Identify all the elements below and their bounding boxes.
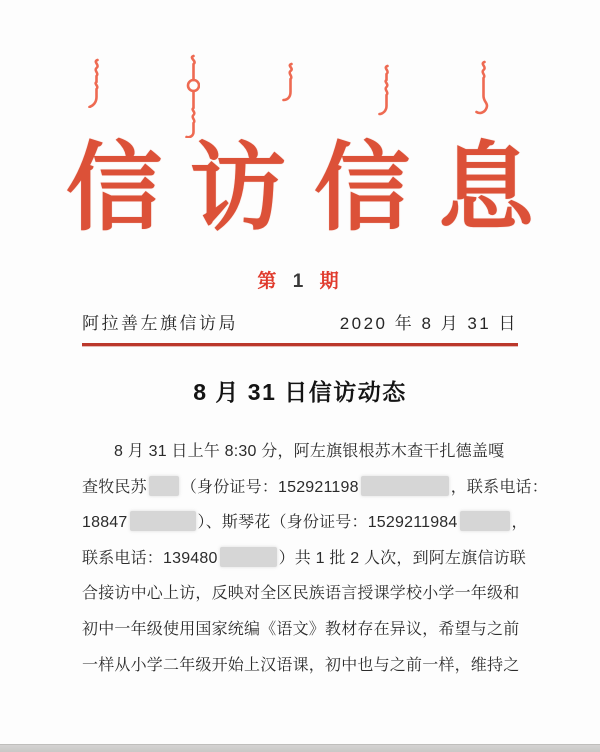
mongolian-word-icon xyxy=(378,64,393,121)
scanned-document-page: 信访信息 第 1 期 阿拉善左旗信访局 2020 年 8 月 31 日 8 月 … xyxy=(0,0,600,752)
redaction-blur xyxy=(149,476,179,496)
body-text-segment: 初中一年级使用国家统编《语文》教材存在异议，希望与之前 xyxy=(82,621,519,638)
body-text-segment: ）、斯琴花（身份证号：1529211984 xyxy=(198,514,458,531)
newsletter-title: 信访信息 xyxy=(0,136,600,240)
body-text-segment: ）共 1 批 2 人次，到阿左旗信访联 xyxy=(279,550,526,567)
publish-date: 2020 年 8 月 31 日 xyxy=(340,309,518,334)
masthead-divider-line xyxy=(82,343,518,346)
issue-number: 1 xyxy=(290,271,311,292)
body-text-segment: ，联系电话： xyxy=(451,479,548,496)
redaction-blur xyxy=(220,547,277,567)
redaction-blur xyxy=(361,476,449,496)
mongolian-script-row xyxy=(88,52,490,143)
redaction-blur xyxy=(130,511,196,531)
publisher-name: 阿拉善左旗信访局 xyxy=(82,309,238,334)
body-text-segment: 联系电话：139480 xyxy=(82,550,218,567)
issue-prefix: 第 xyxy=(257,271,280,292)
body-text-segment: （身份证号：152921198 xyxy=(181,479,359,496)
mongolian-word-icon xyxy=(475,60,490,121)
article-heading: 8 月 31 日信访动态 xyxy=(0,374,600,407)
body-line: 初中一年级使用国家统编《语文》教材存在异议，希望与之前 xyxy=(82,612,538,648)
body-text-segment: 查牧民苏 xyxy=(82,479,147,496)
body-text-segment: 18847 xyxy=(82,514,128,531)
body-line: 联系电话：139480）共 1 批 2 人次，到阿左旗信访联 xyxy=(82,541,538,577)
redaction-blur xyxy=(460,511,510,531)
body-text-segment: 一样从小学二年级开始上汉语课，初中也与之前一样，维持之 xyxy=(82,657,519,674)
body-line: 合接访中心上访，反映对全区民族语言授课学校小学一年级和 xyxy=(82,576,538,612)
mongolian-word-icon xyxy=(282,62,297,107)
page-bottom-bar xyxy=(0,744,600,752)
body-line: 8 月 31 日上午 8:30 分，阿左旗银根苏木查干扎德盖嘎 xyxy=(82,434,538,470)
publication-info-row: 阿拉善左旗信访局 2020 年 8 月 31 日 xyxy=(82,309,518,334)
body-text-segment: 合接访中心上访，反映对全区民族语言授课学校小学一年级和 xyxy=(82,585,519,602)
body-text-segment: ， xyxy=(512,514,528,531)
body-text-segment: 8 月 31 日上午 8:30 分，阿左旗银根苏木查干扎德盖嘎 xyxy=(114,443,504,460)
article-body: 8 月 31 日上午 8:30 分，阿左旗银根苏木查干扎德盖嘎查牧民苏（身份证号… xyxy=(82,434,538,683)
mongolian-word-icon xyxy=(88,58,103,113)
body-line: 18847）、斯琴花（身份证号：1529211984， xyxy=(82,505,538,541)
issue-line: 第 1 期 xyxy=(0,266,600,293)
body-line: 查牧民苏（身份证号：152921198，联系电话： xyxy=(82,470,538,506)
mongolian-word-icon xyxy=(185,54,200,143)
body-line: 一样从小学二年级开始上汉语课，初中也与之前一样，维持之 xyxy=(82,648,538,684)
issue-suffix: 期 xyxy=(320,271,343,292)
